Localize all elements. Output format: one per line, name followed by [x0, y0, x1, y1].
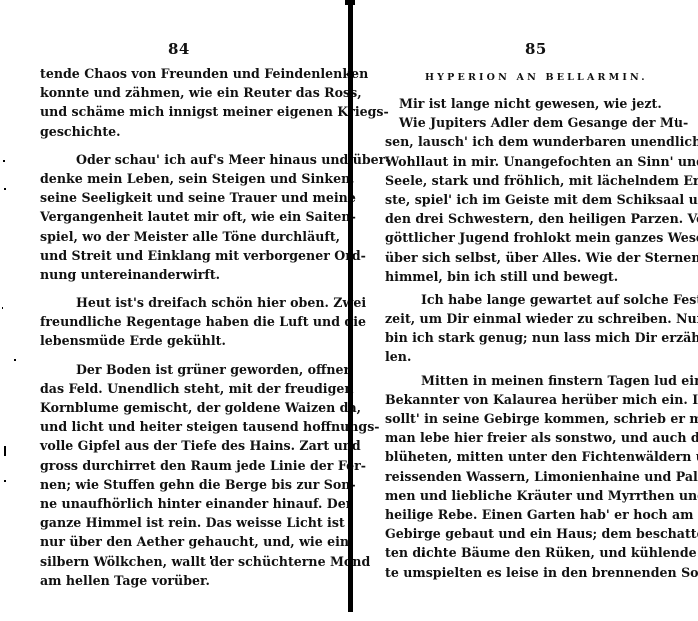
text-line: blüheten, mitten unter den Fichtenwälder…	[385, 447, 666, 466]
running-head: HYPERION AN BELLARMIN.	[425, 72, 648, 83]
text-line: Wohllaut in mir. Unangefochten an Sinn' …	[385, 152, 666, 171]
text-line: denke mein Leben, sein Steigen und Sinke…	[40, 169, 326, 188]
text-line: himmel, bin ich still und bewegt.	[385, 267, 666, 286]
scan-speck	[4, 480, 6, 482]
paragraph: Ich habe lange gewartet auf solche Fest-…	[385, 290, 666, 367]
text-line: Mir ist lange nicht gewesen, wie jezt.	[385, 94, 666, 113]
text-line: göttlicher Jugend frohlokt mein ganzes W…	[385, 228, 666, 247]
text-line: Kornblume gemischt, der goldene Waizen d…	[40, 398, 326, 417]
text-line: ten dichte Bäume den Rüken, und kühlende…	[385, 543, 666, 562]
text-line: zeit, um Dir einmal wieder zu schreiben.…	[385, 309, 666, 328]
text-line: konnte und zähmen, wie ein Reuter das Ro…	[40, 83, 326, 102]
text-line: Der Boden ist grüner geworden, offner	[40, 360, 326, 379]
paragraph-gap	[40, 351, 326, 360]
scan-speck	[4, 188, 6, 190]
paragraph: Oder schau' ich auf's Meer hinaus und üb…	[40, 150, 326, 284]
right-page: 85 HYPERION AN BELLARMIN. Mir ist lange …	[352, 0, 698, 621]
text-line: seine Seeligkeit und seine Trauer und me…	[40, 188, 326, 207]
paragraph: Der Boden ist grüner geworden, offner da…	[40, 360, 326, 590]
text-line: freundliche Regentage haben die Luft und…	[40, 312, 326, 331]
text-line: Vergangenheit lautet mir oft, wie ein Sa…	[40, 207, 326, 226]
paragraph: Mir ist lange nicht gewesen, wie jezt.	[385, 94, 666, 113]
text-line: heilige Rebe. Einen Garten hab' er hoch …	[385, 505, 666, 524]
scan-speck	[14, 359, 16, 361]
text-line: ne unaufhörlich hinter einander hinauf. …	[40, 494, 326, 513]
paragraph: Mitten in meinen finstern Tagen lud ein …	[385, 371, 666, 582]
text-line: bin ich stark genug; nun lass mich Dir e…	[385, 328, 666, 347]
text-line: Bekannter von Kalaurea herüber mich ein.…	[385, 390, 666, 409]
text-line: sollt' in seine Gebirge kommen, schrieb …	[385, 409, 666, 428]
text-line: volle Gipfel aus der Tiefe des Hains. Za…	[40, 436, 326, 455]
left-page: 84 tende Chaos von Freunden und Feindenl…	[0, 0, 348, 621]
scan-speck	[210, 556, 212, 559]
text-line: lebensmüde Erde gekühlt.	[40, 331, 326, 350]
right-page-text: Mir ist lange nicht gewesen, wie jezt. W…	[385, 94, 666, 582]
text-line: nur über den Aether gehaucht, und, wie e…	[40, 532, 326, 551]
scan-speck	[676, 118, 677, 126]
paragraph-gap	[40, 284, 326, 293]
text-line: Ich habe lange gewartet auf solche Fest-	[385, 290, 666, 309]
scan-speck	[422, 553, 424, 556]
text-line: Gebirge gebaut und ein Haus; dem beschat…	[385, 524, 666, 543]
left-page-text: tende Chaos von Freunden und Feindenlenk…	[40, 64, 326, 590]
text-line: das Feld. Unendlich steht, mit der freud…	[40, 379, 326, 398]
text-line: und licht und heiter steigen tausend hof…	[40, 417, 326, 436]
paragraph-gap	[40, 141, 326, 150]
paragraph: tende Chaos von Freunden und Feindenlenk…	[40, 64, 326, 141]
scan-speck	[2, 307, 3, 309]
text-line: Heut ist's dreifach schön hier oben. Zwe…	[40, 293, 326, 312]
paragraph: Heut ist's dreifach schön hier oben. Zwe…	[40, 293, 326, 351]
paragraph: Wie Jupiters Adler dem Gesange der Mu- s…	[385, 113, 666, 286]
text-line: sen, lausch' ich dem wunderbaren unendli…	[385, 132, 666, 151]
text-line: nen; wie Stuffen gehn die Berge bis zur …	[40, 475, 326, 494]
text-line: Wie Jupiters Adler dem Gesange der Mu-	[385, 113, 666, 132]
text-line: spiel, wo der Meister alle Töne durchläu…	[40, 227, 326, 246]
text-line: den drei Schwestern, den heiligen Parzen…	[385, 209, 666, 228]
scan-speck	[3, 160, 5, 162]
text-line: Oder schau' ich auf's Meer hinaus und üb…	[40, 150, 326, 169]
text-line: men und liebliche Kräuter und Myrrthen u…	[385, 486, 666, 505]
text-line: über sich selbst, über Alles. Wie der St…	[385, 248, 666, 267]
page-number-left: 84	[168, 40, 190, 58]
text-line: tende Chaos von Freunden und Feindenlenk…	[40, 64, 326, 83]
text-line: gross durchirret den Raum jede Linie der…	[40, 456, 326, 475]
text-line: reissenden Wassern, Limonienhaine und Pa…	[385, 467, 666, 486]
text-line: man lebe hier freier als sonstwo, und au…	[385, 428, 666, 447]
text-line: ste, spiel' ich im Geiste mit dem Schiks…	[385, 190, 666, 209]
text-line: Seele, stark und fröhlich, mit lächelnde…	[385, 171, 666, 190]
text-line: nung untereinanderwirft.	[40, 265, 326, 284]
text-line: geschichte.	[40, 122, 326, 141]
text-line: te umspielten es leise in den brennenden…	[385, 563, 666, 582]
text-line: und Streit und Einklang mit verborgener …	[40, 246, 326, 265]
page-number-right: 85	[525, 40, 547, 58]
text-line: und schäme mich innigst meiner eigenen K…	[40, 102, 326, 121]
text-line: len.	[385, 347, 666, 366]
scan-speck	[4, 446, 6, 456]
text-line: Mitten in meinen finstern Tagen lud ein	[385, 371, 666, 390]
text-line: silbern Wölkchen, wallt der schüchterne …	[40, 552, 326, 571]
text-line: am hellen Tage vorüber.	[40, 571, 326, 590]
text-line: ganze Himmel ist rein. Das weisse Licht …	[40, 513, 326, 532]
